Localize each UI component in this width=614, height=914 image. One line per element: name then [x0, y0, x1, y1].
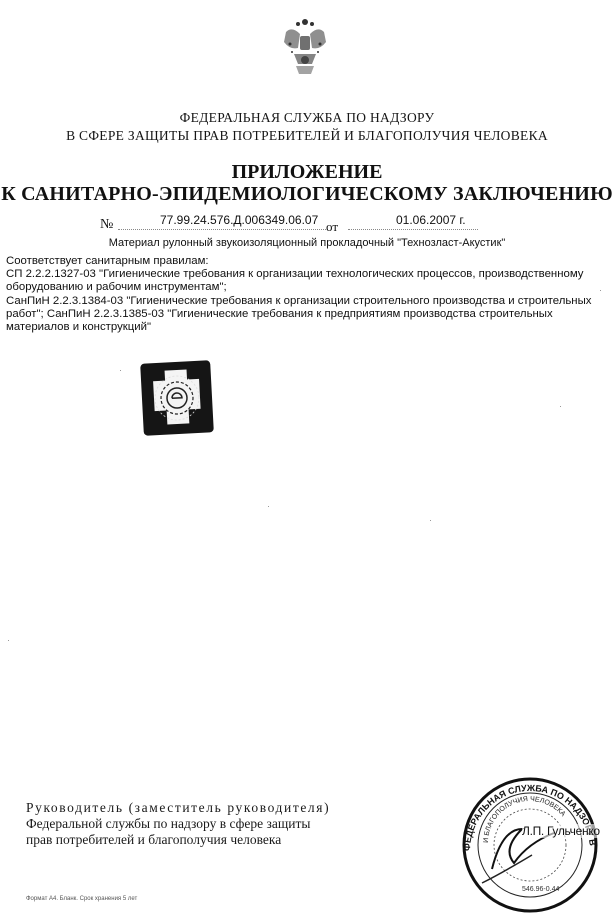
- signer-name: Л.П. Гульченко: [522, 824, 600, 838]
- material-name: Материал рулонный звукоизоляционный прок…: [0, 237, 614, 249]
- body-line: СанПиН 2.2.3.1384-03 "Гигиенические треб…: [6, 295, 614, 308]
- scan-speck: [268, 506, 269, 507]
- document-title: ПРИЛОЖЕНИЕ: [0, 161, 614, 184]
- form-footer: Формат А4. Бланк. Срок хранения 5 лет: [26, 896, 137, 902]
- signatory-title-line3: прав потребителей и благополучия человек…: [26, 832, 330, 848]
- svg-text:546.96-0.44: 546.96-0.44: [522, 886, 559, 893]
- official-stamp-icon: ФЕДЕРАЛЬНАЯ СЛУЖБА ПО НАДЗОРУ В СФЕРЕ ЗА…: [452, 773, 608, 913]
- agency-name-line2: В СФЕРЕ ЗАЩИТЫ ПРАВ ПОТРЕБИТЕЛЕЙ И БЛАГО…: [0, 128, 614, 144]
- signatory-title-line1: Руководитель (заместитель руководителя): [26, 800, 330, 816]
- body-line: работ"; СанПиН 2.2.3.1385-03 "Гигиеничес…: [6, 308, 614, 321]
- scan-speck: [600, 290, 601, 291]
- document-date: 01.06.2007 г.: [396, 213, 466, 227]
- number-underline: [118, 229, 328, 230]
- compliance-text: Соответствует санитарным правилам: СП 2.…: [6, 255, 614, 334]
- scan-speck: [120, 370, 121, 371]
- agency-name-line1: ФЕДЕРАЛЬНАЯ СЛУЖБА ПО НАДЗОРУ: [0, 110, 614, 126]
- number-label: №: [100, 217, 113, 233]
- document-subtitle: К САНИТАРНО-ЭПИДЕМИОЛОГИЧЕСКОМУ ЗАКЛЮЧЕН…: [0, 183, 614, 206]
- body-line: Соответствует санитарным правилам:: [6, 255, 614, 268]
- scan-speck: [8, 640, 9, 641]
- document-number: 77.99.24.576.Д.006349.06.07: [160, 213, 318, 227]
- scan-speck: [430, 520, 431, 521]
- hologram-seal-icon: [140, 360, 214, 436]
- scan-speck: [560, 406, 561, 407]
- body-line: материалов и конструкций": [6, 321, 614, 334]
- body-line: оборудованию и рабочим инструментам";: [6, 281, 614, 294]
- date-label: от: [326, 219, 338, 235]
- body-line: СП 2.2.2.1327-03 "Гигиенические требован…: [6, 268, 614, 281]
- signatory-title-line2: Федеральной службы по надзору в сфере за…: [26, 816, 330, 832]
- date-underline: [348, 229, 478, 230]
- coat-of-arms-icon: [272, 14, 338, 80]
- signature-block: Руководитель (заместитель руководителя) …: [26, 800, 330, 848]
